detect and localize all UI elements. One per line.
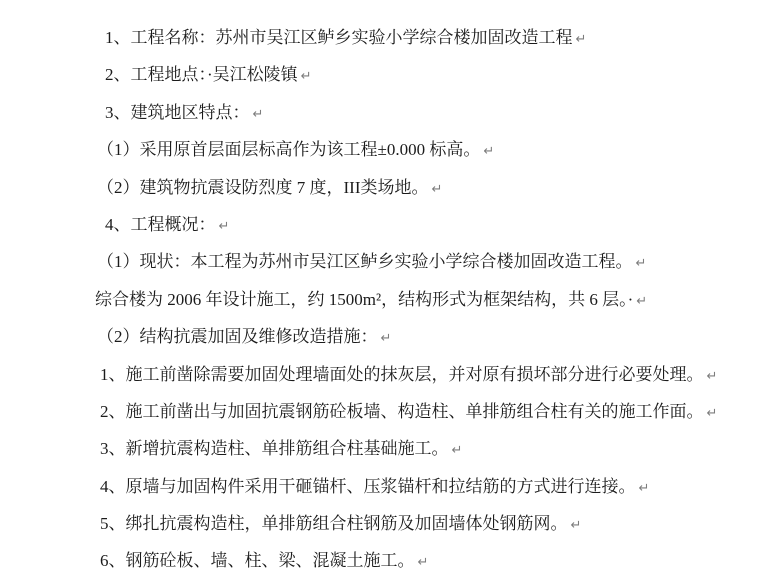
doc-line: （1）采用原首层面层标高作为该工程±0.000 标高。↵: [0, 131, 780, 168]
doc-line: 2、工程地点：·吴江松陵镇↵: [0, 56, 780, 93]
doc-line-text: 3、新增抗震构造柱、单排筋组合柱基础施工。: [100, 439, 449, 458]
doc-line-text: 5、绑扎抗震构造柱，单排筋组合柱钢筋及加固墙体处钢筋网。: [100, 514, 568, 533]
doc-line: 综合楼为 2006 年设计施工，约 1500m²，结构形式为框架结构，共 6 层…: [0, 281, 780, 318]
paragraph-mark-icon: ↵: [219, 219, 230, 234]
paragraph-mark-icon: ↵: [639, 481, 650, 496]
doc-line: 1、工程名称：苏州市吴江区鲈乡实验小学综合楼加固改造工程↵: [0, 19, 780, 56]
paragraph-mark-icon: ↵: [636, 256, 647, 271]
paragraph-mark-icon: ↵: [418, 555, 429, 570]
paragraph-mark-icon: ↵: [452, 443, 463, 458]
doc-line-text: 2、施工前凿出与加固抗震钢筋砼板墙、构造柱、单排筋组合柱有关的施工作面。: [100, 402, 704, 421]
doc-line: 2、施工前凿出与加固抗震钢筋砼板墙、构造柱、单排筋组合柱有关的施工作面。↵: [0, 393, 780, 430]
doc-line-text: 4、工程概况：: [105, 215, 216, 234]
doc-line: （1）现状：本工程为苏州市吴江区鲈乡实验小学综合楼加固改造工程。↵: [0, 243, 780, 280]
doc-line-text: 综合楼为 2006 年设计施工，约 1500m²，结构形式为框架结构，共 6 层…: [95, 290, 633, 309]
doc-line-text: （1）现状：本工程为苏州市吴江区鲈乡实验小学综合楼加固改造工程。: [97, 252, 633, 271]
paragraph-mark-icon: ↵: [576, 32, 587, 47]
doc-line: 6、钢筋砼板、墙、柱、梁、混凝土施工。↵: [0, 542, 780, 579]
doc-line-text: （2）结构抗震加固及维修改造措施：: [97, 327, 378, 346]
doc-line-text: 3、建筑地区特点：: [105, 103, 250, 122]
doc-line: 4、原墙与加固构件采用干砸锚杆、压浆锚杆和拉结筋的方式进行连接。↵: [0, 468, 780, 505]
paragraph-mark-icon: ↵: [707, 369, 718, 384]
paragraph-mark-icon: ↵: [431, 182, 442, 197]
doc-line: 4、工程概况：↵: [0, 206, 780, 243]
doc-line: 3、新增抗震构造柱、单排筋组合柱基础施工。↵: [0, 430, 780, 467]
doc-line: 1、施工前凿除需要加固处理墙面处的抹灰层，并对原有损坏部分进行必要处理。↵: [0, 356, 780, 393]
paragraph-mark-icon: ↵: [483, 144, 494, 159]
document-page: 1、工程名称：苏州市吴江区鲈乡实验小学综合楼加固改造工程↵ 2、工程地点：·吴江…: [0, 0, 780, 585]
doc-line: （2）结构抗震加固及维修改造措施：↵: [0, 318, 780, 355]
doc-line: （2）建筑物抗震设防烈度 7 度，III类场地。↵: [0, 169, 780, 206]
paragraph-mark-icon: ↵: [571, 518, 582, 533]
doc-line-text: （2）建筑物抗震设防烈度 7 度，III类场地。: [97, 178, 428, 197]
doc-line-text: 1、工程名称：苏州市吴江区鲈乡实验小学综合楼加固改造工程: [105, 28, 573, 47]
paragraph-mark-icon: ↵: [301, 69, 312, 84]
doc-line-text: 4、原墙与加固构件采用干砸锚杆、压浆锚杆和拉结筋的方式进行连接。: [100, 477, 636, 496]
paragraph-mark-icon: ↵: [636, 294, 647, 309]
doc-line-text: 6、钢筋砼板、墙、柱、梁、混凝土施工。: [100, 551, 415, 570]
paragraph-mark-icon: ↵: [707, 406, 718, 421]
paragraph-mark-icon: ↵: [381, 331, 392, 346]
doc-line-text: 2、工程地点：·吴江松陵镇: [105, 65, 298, 84]
doc-line-text: （1）采用原首层面层标高作为该工程±0.000 标高。: [97, 140, 480, 159]
doc-line: 5、绑扎抗震构造柱，单排筋组合柱钢筋及加固墙体处钢筋网。↵: [0, 505, 780, 542]
doc-line: 3、建筑地区特点：↵: [0, 94, 780, 131]
paragraph-mark-icon: ↵: [253, 107, 264, 122]
doc-line-text: 1、施工前凿除需要加固处理墙面处的抹灰层，并对原有损坏部分进行必要处理。: [100, 365, 704, 384]
